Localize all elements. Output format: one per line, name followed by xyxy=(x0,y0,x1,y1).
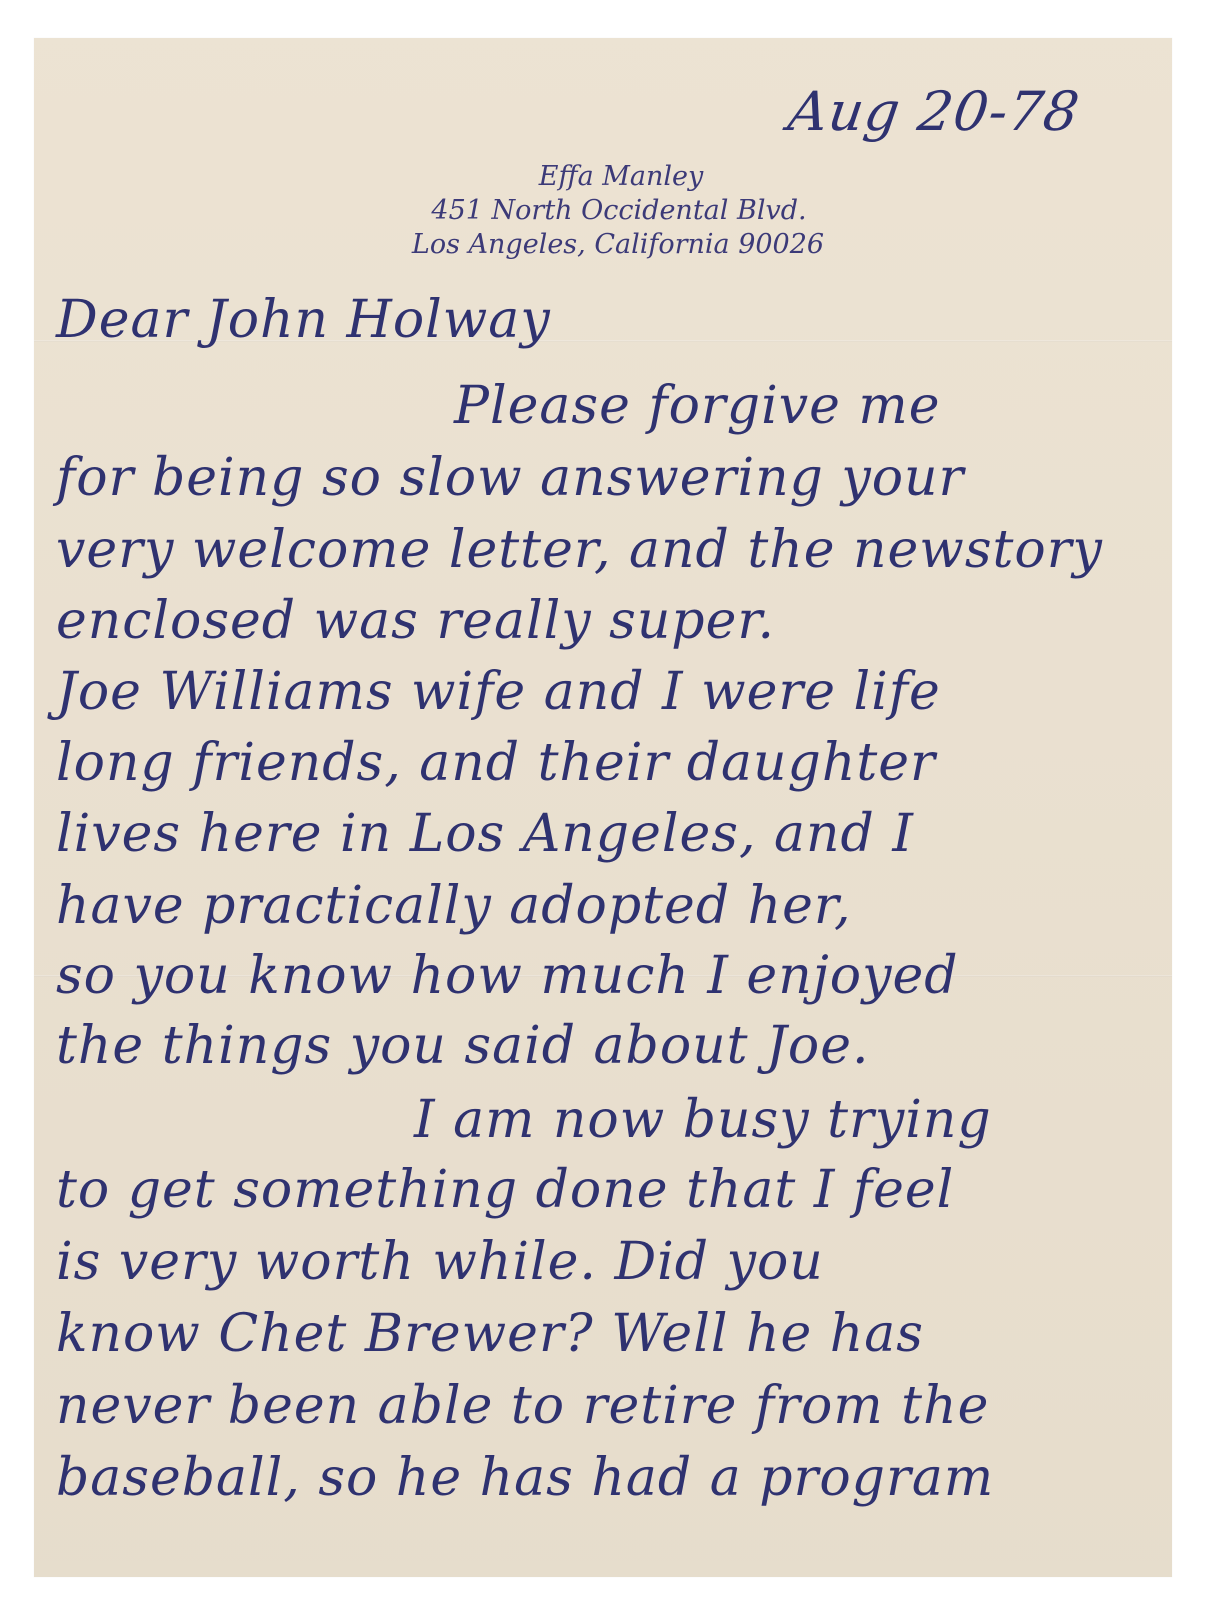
body-line: enclosed was really super. xyxy=(56,591,775,651)
body-line: long friends, and their daughter xyxy=(56,733,936,793)
body-line: know Chet Brewer? Well he has xyxy=(56,1304,924,1364)
letter-date: Aug 20-78 xyxy=(785,80,1084,143)
body-line: have practically adopted her, xyxy=(56,876,852,936)
letterhead-name: Effa Manley xyxy=(34,160,1172,194)
letterhead-address-line2: Los Angeles, California 90026 xyxy=(34,228,1172,262)
salutation: Dear John Holway xyxy=(56,290,551,350)
body-line: for being so slow answering your xyxy=(56,448,964,508)
body-line: Please forgive me xyxy=(454,376,940,436)
body-line: so you know how much I enjoyed xyxy=(56,946,959,1006)
body-line: very welcome letter, and the newstory xyxy=(56,520,1103,580)
body-line: never been able to retire from the xyxy=(56,1376,989,1436)
body-line: lives here in Los Angeles, and I xyxy=(56,804,914,864)
body-line: to get something done that I feel xyxy=(56,1160,954,1220)
body-line: baseball, so he has had a program xyxy=(56,1448,994,1508)
body-line: is very worth while. Did you xyxy=(56,1232,824,1292)
letter-paper: Aug 20-78 Effa Manley 451 North Occident… xyxy=(34,38,1172,1577)
letterhead-address-line1: 451 North Occidental Blvd. xyxy=(34,194,1172,228)
body-line: the things you said about Joe. xyxy=(56,1016,870,1076)
body-line: I am now busy trying xyxy=(414,1090,992,1150)
body-line: Joe Williams wife and I were life xyxy=(56,662,941,722)
